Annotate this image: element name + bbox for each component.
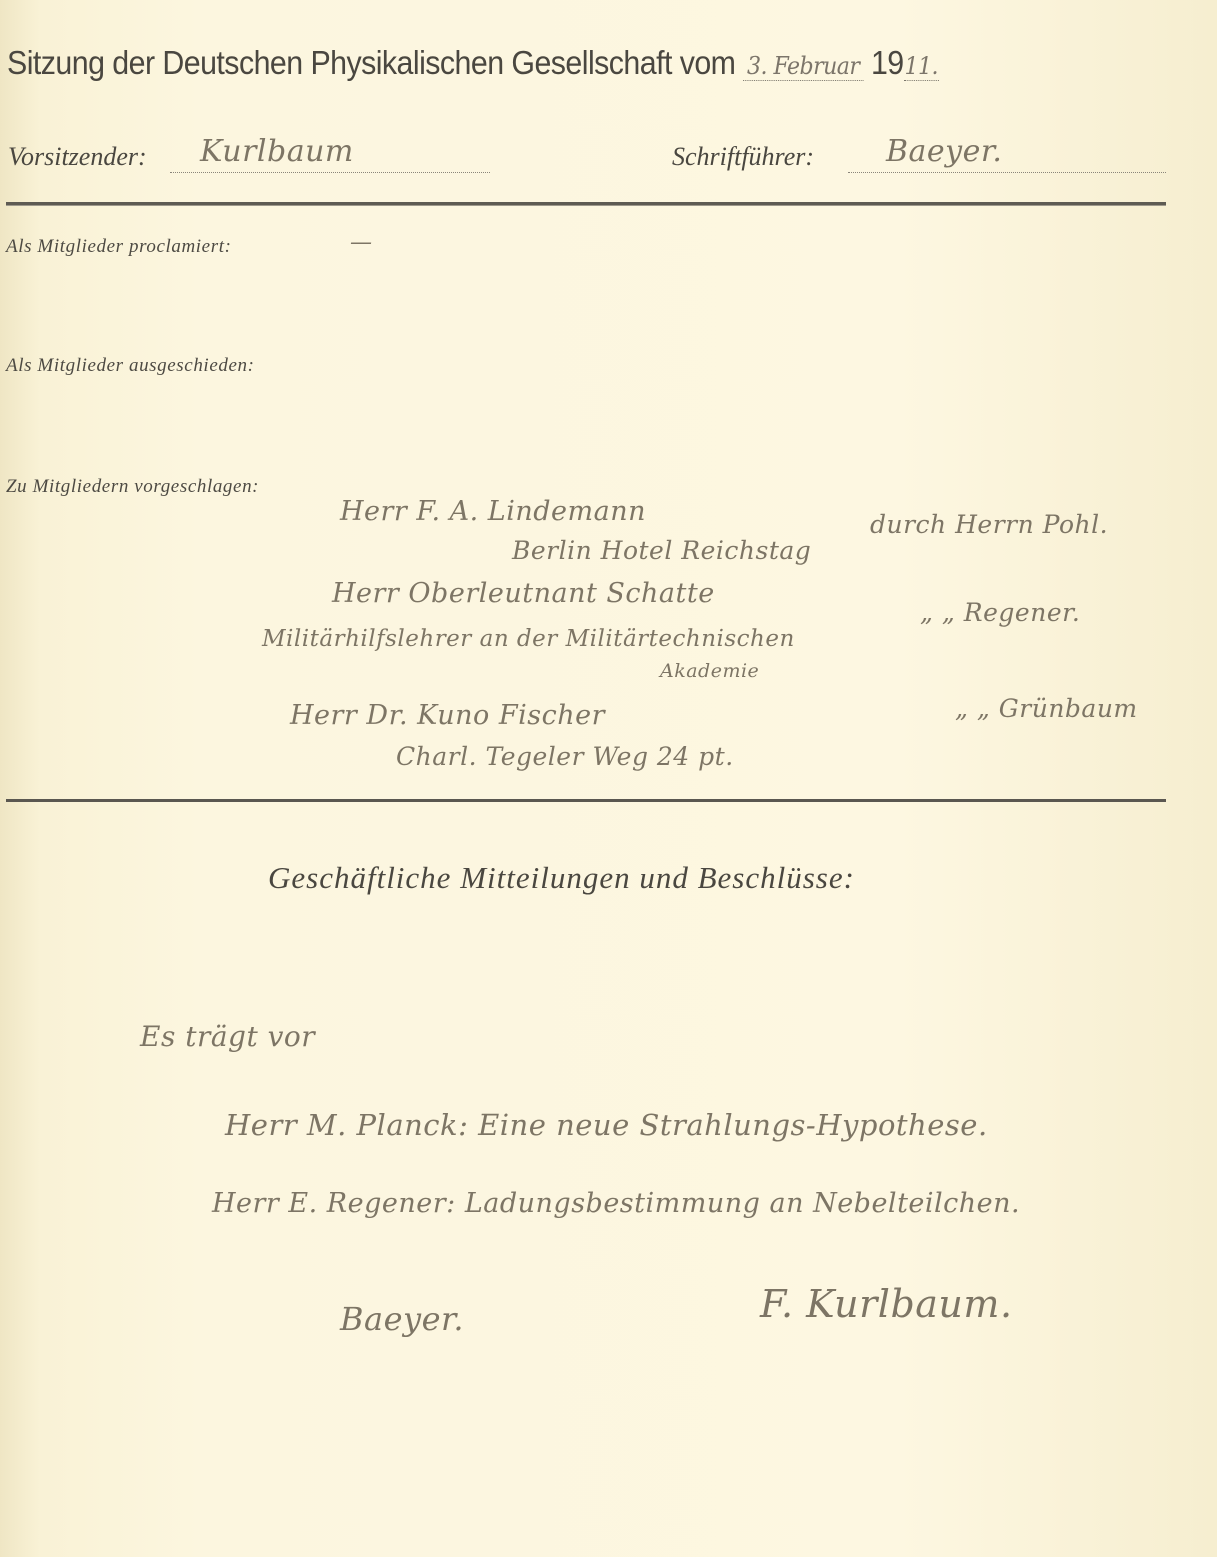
proposed-detail: Berlin Hotel Reichstag <box>512 536 811 565</box>
chair-field: Kurlbaum <box>170 134 490 173</box>
proposed-proposer: „ „ Regener. <box>920 598 1080 627</box>
proposed-proposer: durch Herrn Pohl. <box>870 510 1108 539</box>
proclaimed-value: — <box>350 230 373 255</box>
chair-label: Vorsitzender: <box>8 142 147 172</box>
proposed-label: Zu Mitgliedern vorgeschlagen: <box>6 476 259 498</box>
proposed-detail-2: Akademie <box>660 660 759 682</box>
secretary-field: Baeyer. <box>848 134 1166 173</box>
proposed-proposer: „ „ Grünbaum <box>955 694 1138 723</box>
year-handwritten: 11. <box>904 52 939 81</box>
business-intro: Es trägt vor <box>140 1020 315 1053</box>
section-divider <box>6 799 1166 802</box>
proposed-name: Herr Oberleutnant Schatte <box>332 578 715 609</box>
date-month: Februar <box>773 52 859 80</box>
signature-chair: F. Kurlbaum. <box>760 1282 1013 1326</box>
page-title: Sitzung der Deutschen Physikalischen Ges… <box>7 44 939 82</box>
year-printed: 19 <box>871 44 904 81</box>
proposed-name: Herr Dr. Kuno Fischer <box>290 700 605 731</box>
talk-item: Herr E. Regener: Ladungsbestimmung an Ne… <box>212 1188 1020 1219</box>
proposed-detail: Charl. Tegeler Weg 24 pt. <box>396 742 734 771</box>
chair-value: Kurlbaum <box>200 134 354 169</box>
date-handwritten: 3. Februar <box>743 52 863 81</box>
secretary-label: Schriftführer: <box>672 142 814 172</box>
proposed-name: Herr F. A. Lindemann <box>340 496 646 527</box>
date-day: 3. <box>747 52 767 80</box>
signature-secretary: Baeyer. <box>340 1300 464 1338</box>
proclaimed-label: Als Mitglieder proclamiert: <box>6 236 232 258</box>
proposed-detail: Militärhilfslehrer an der Militärtechnis… <box>262 626 795 652</box>
secretary-value: Baeyer. <box>886 134 1002 169</box>
business-heading: Geschäftliche Mitteilungen und Beschlüss… <box>268 860 855 896</box>
withdrawn-label: Als Mitglieder ausgeschieden: <box>6 355 255 377</box>
printed-title: Sitzung der Deutschen Physikalischen Ges… <box>7 44 735 81</box>
header-divider <box>6 202 1166 206</box>
talk-item: Herr M. Planck: Eine neue Strahlungs-Hyp… <box>225 1108 988 1142</box>
